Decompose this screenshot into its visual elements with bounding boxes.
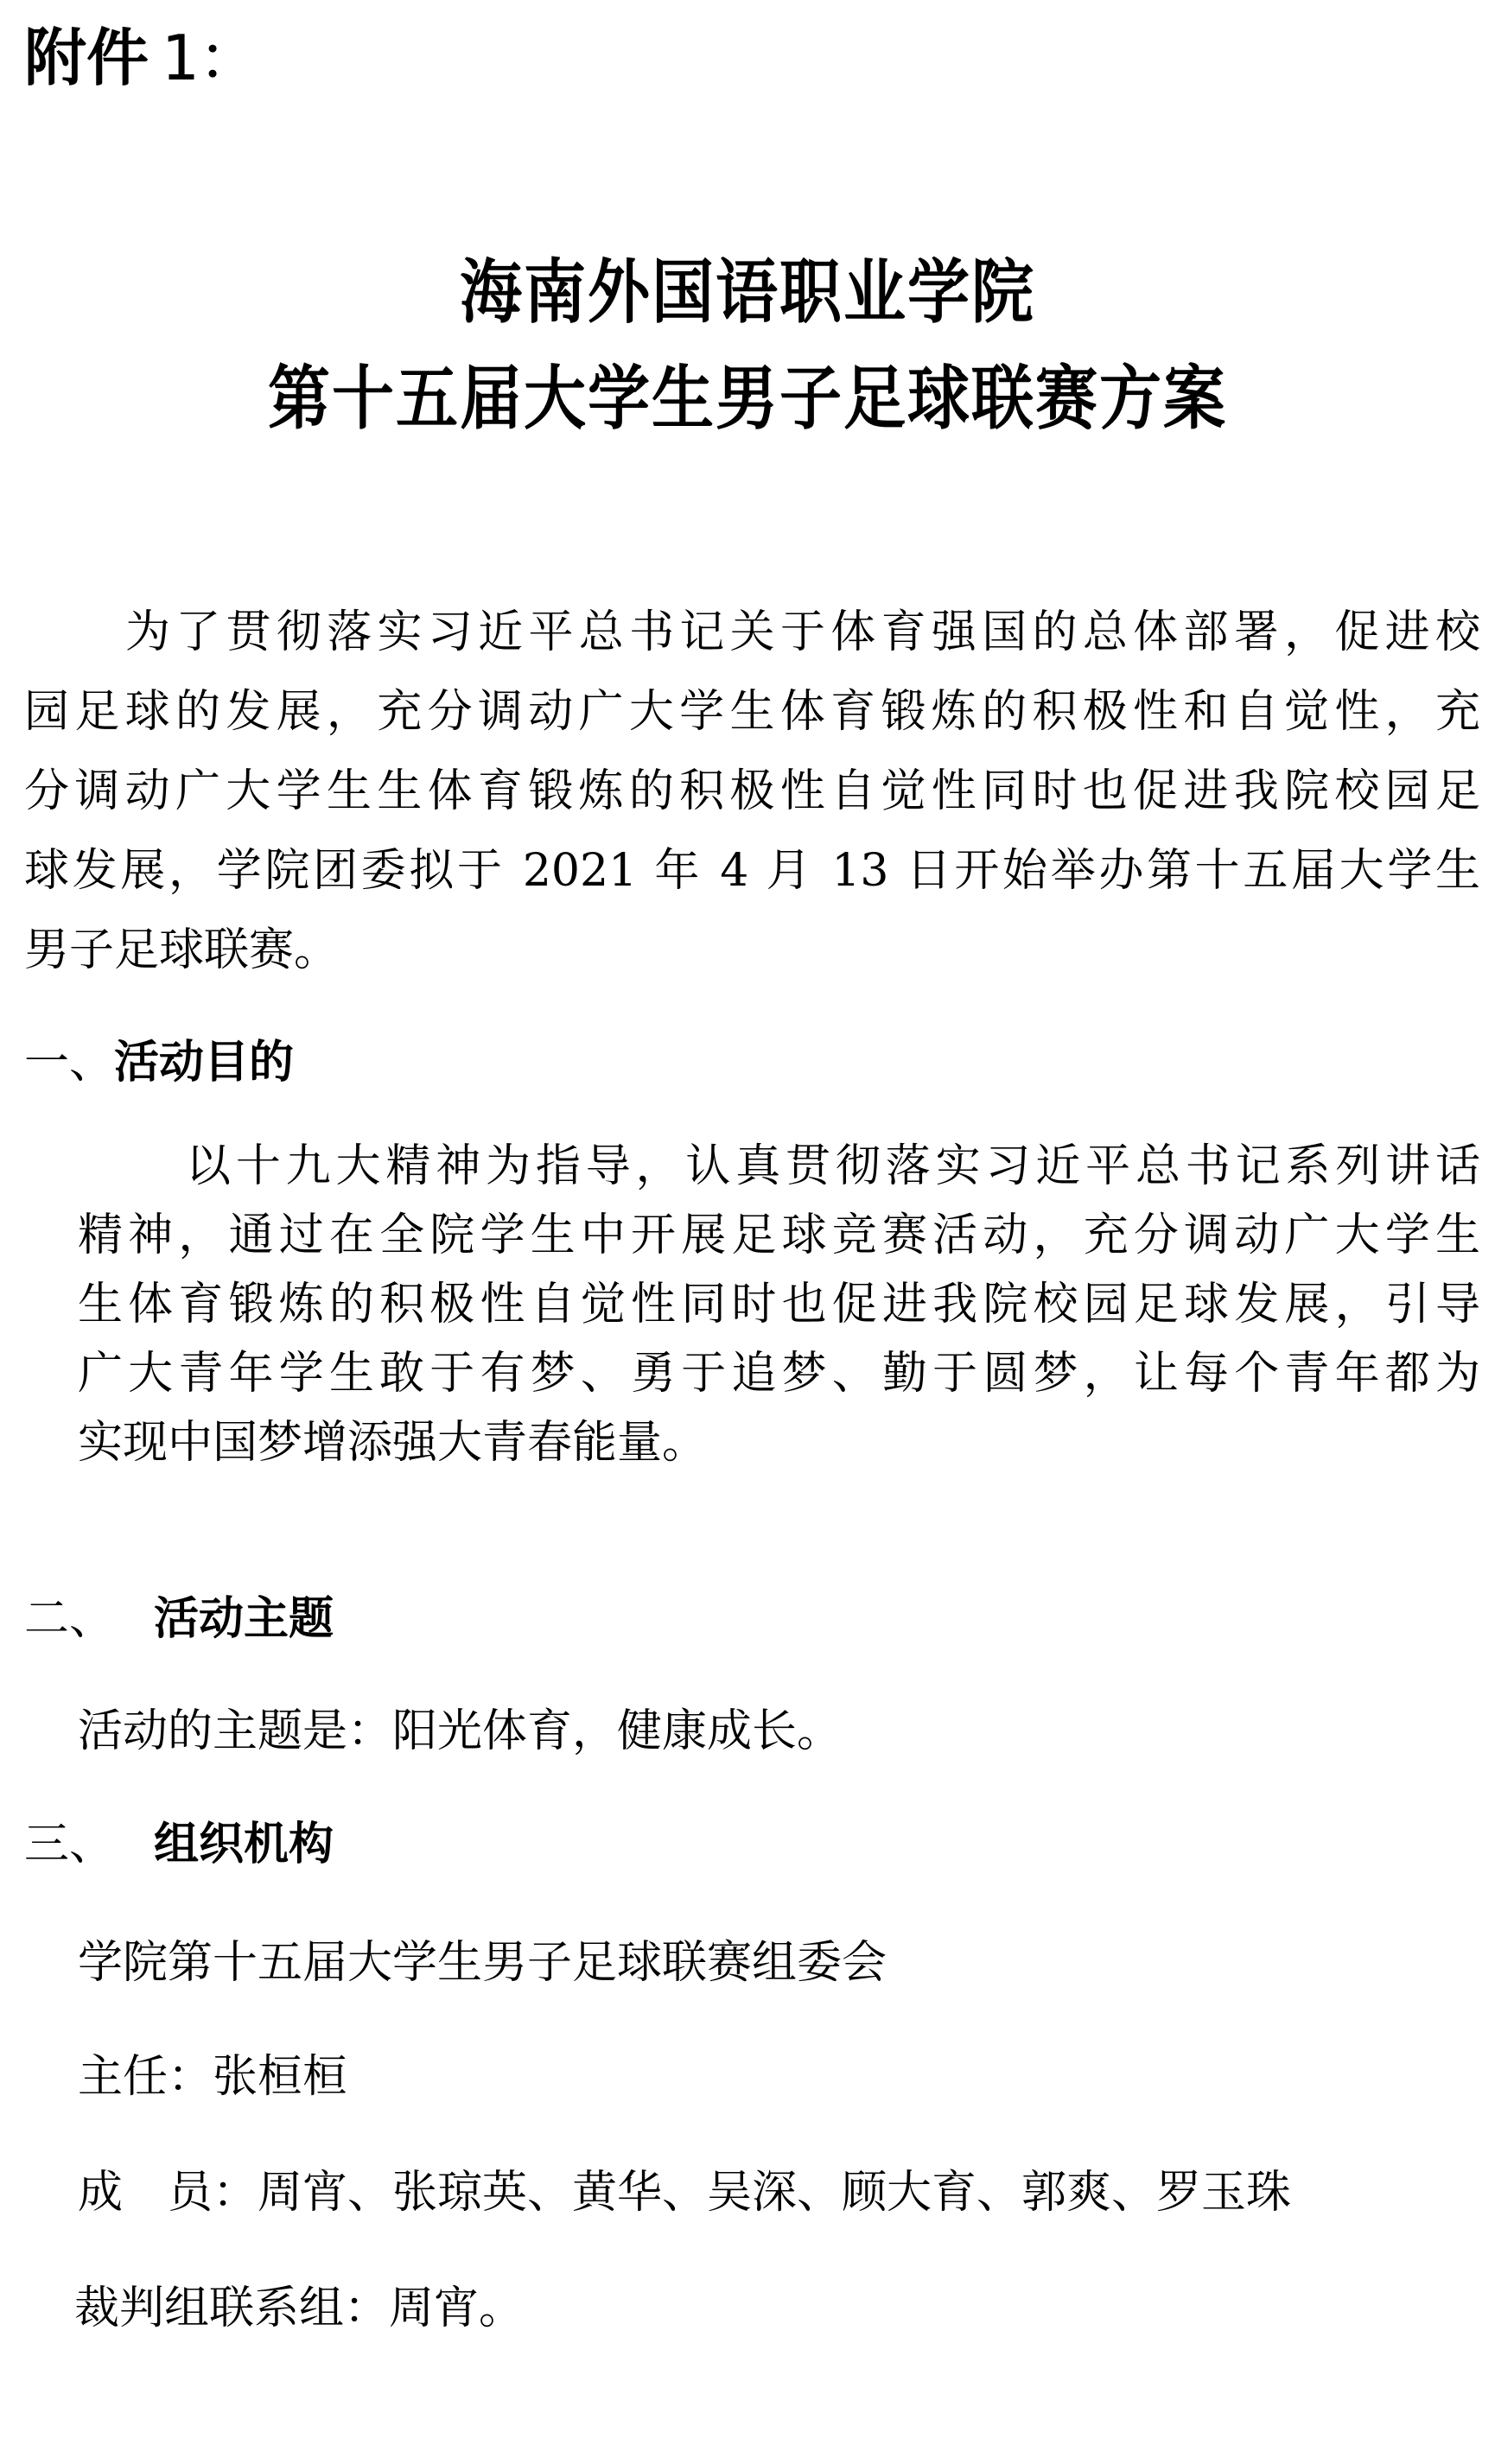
purpose-line: 生体育锻炼的积极性自觉性同时也促进我院校园足球发展，引导 <box>78 1277 1480 1332</box>
purpose-line: 实现中国梦增添强大青春能量。 <box>78 1415 1480 1470</box>
director-row: 主任：张桓桓 <box>78 2049 347 2105</box>
purpose-line: 以十九大精神为指导，认真贯彻落实习近平总书记系列讲话 <box>186 1139 1480 1194</box>
intro-line: 男子足球联赛。 <box>24 923 1480 978</box>
director-label: 主任： <box>78 2051 213 2103</box>
committee-name: 学院第十五届大学生男子足球联赛组委会 <box>78 1935 887 1991</box>
referee-label: 裁判组联系组： <box>74 2283 389 2334</box>
purpose-line: 精神，通过在全院学生中开展足球竞赛活动，充分调动广大学生 <box>78 1208 1480 1263</box>
members-names: 周宵、张琼英、黄华、吴深、顾大育、郭爽、罗玉珠 <box>258 2167 1291 2219</box>
section-number: 一、 <box>24 1037 114 1089</box>
section-heading-organization: 三、组织机构 <box>24 1817 334 1872</box>
section-number: 三、 <box>24 1819 114 1870</box>
referee-row: 裁判组联系组：周宵。 <box>74 2281 524 2336</box>
intro-line: 分调动广大学生生体育锻炼的积极性自觉性同时也促进我院校园足 <box>24 764 1480 819</box>
referee-name: 周宵。 <box>389 2283 524 2334</box>
director-name: 张桓桓 <box>213 2051 347 2103</box>
attachment-number: 1： <box>161 22 260 94</box>
purpose-line: 广大青年学生敢于有梦、勇于追梦、勤于圆梦，让每个青年都为 <box>78 1346 1480 1401</box>
intro-line: 园足球的发展，充分调动广大学生体育锻炼的积极性和自觉性，充 <box>24 684 1480 740</box>
section-title: 活动主题 <box>154 1592 334 1645</box>
attachment-label-text: 附件 <box>24 22 149 94</box>
members-row: 成 员：周宵、张琼英、黄华、吴深、顾大育、郭爽、罗玉珠 <box>78 2165 1291 2220</box>
section-title: 活动目的 <box>114 1036 294 1089</box>
document-title-institution: 海南外国语职业学院 <box>0 251 1495 333</box>
document-title-plan: 第十五届大学生男子足球联赛方案 <box>0 357 1495 440</box>
attachment-label: 附件1： <box>24 19 260 97</box>
members-label: 成 员： <box>78 2167 258 2219</box>
intro-line: 为了贯彻落实习近平总书记关于体育强国的总体部署，促进校 <box>125 605 1480 660</box>
section-heading-purpose: 一、活动目的 <box>24 1035 294 1090</box>
theme-text: 活动的主题是：阳光体育，健康成长。 <box>78 1704 842 1759</box>
section-title: 组织机构 <box>154 1818 334 1870</box>
section-heading-theme: 二、活动主题 <box>24 1591 334 1647</box>
intro-line: 球发展，学院团委拟于 2021 年 4 月 13 日开始举办第十五届大学生 <box>24 843 1480 899</box>
section-number: 二、 <box>24 1593 114 1645</box>
